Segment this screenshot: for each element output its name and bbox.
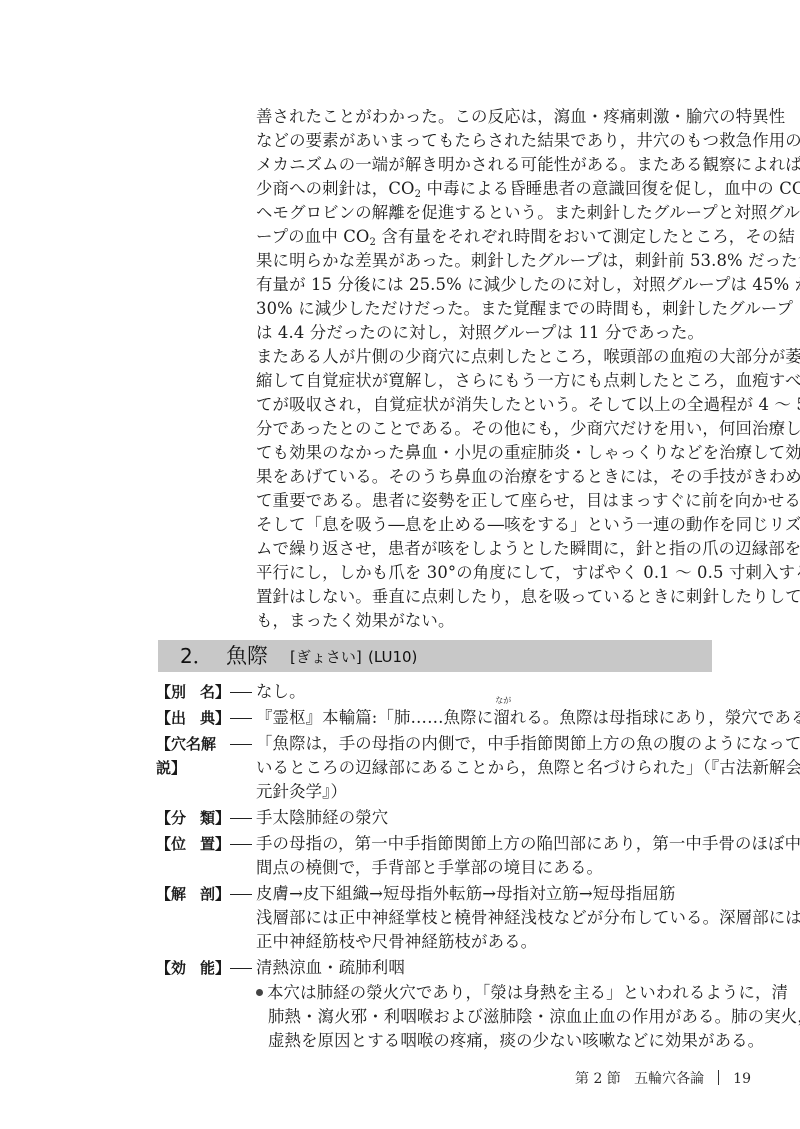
text-line: 30% に減少しただけだった。また覚醒までの時間も，刺針したグループ: [256, 297, 793, 321]
text-segment: 中毒による昏睡患者の意識回復を促し，血中の CO: [421, 179, 800, 198]
entry-text: 手の母指の，第一中手指節関節上方の陥凹部にあり，第一中手骨のほぼ中: [256, 832, 800, 856]
section-title: 魚際: [226, 640, 268, 672]
section-code: (LU10): [368, 641, 417, 673]
text-line: 果をあげている。そのうち鼻血の治療をするときには，その手技がきわめ: [256, 465, 800, 489]
text-line-co2: 少商への刺針は，CO2 中毒による昏睡患者の意識回復を促し，血中の CO2: [256, 177, 800, 201]
text-segment: 『霊枢』本輸篇:「肺……魚際に: [256, 708, 493, 727]
text-line: ムで繰り返させ，患者が咳をしようとした瞬間に，針と指の爪の辺縁部を: [256, 537, 800, 561]
text-line: またある人が片側の少商穴に点刺したところ，喉頭部の血疱の大部分が萎: [256, 345, 800, 369]
entry-text: 「魚際は，手の母指の内側で，中手指節関節上方の魚の腹のようになって: [256, 732, 800, 756]
text-line: 縮して自覚症状が寛解し，さらにもう一方にも点刺したところ，血疱すべ: [256, 369, 800, 393]
entry-label: 【解剖】: [156, 882, 230, 906]
text-segment: 含有量をそれぞれ時間をおいて測定したところ，その結: [376, 227, 795, 246]
entry-label: 【別名】: [156, 680, 230, 704]
entry-text: 手太陰肺経の滎穴: [256, 806, 388, 830]
text-line: などの要素があいまってもたらされた結果であり，井穴のもつ救急作用の: [256, 129, 800, 153]
page-number: 19: [733, 1071, 751, 1087]
footer-title: 五輪穴各論: [634, 1071, 704, 1087]
leader-dash: [230, 968, 252, 969]
bullet-text: 本穴は肺経の滎火穴であり，「滎は身熱を主る」といわれるように，清: [267, 983, 788, 1002]
entry-text: 間点の橈側で，手背部と手掌部の境目にある。: [256, 856, 603, 880]
text-line: 分であったとのことである。その他にも，少商穴だけを用い，何回治療し: [256, 417, 800, 441]
entry-label: 【出典】: [156, 706, 230, 730]
text-line: ヘモグロビンの解離を促進するという。また刺針したグループと対照グル: [256, 201, 800, 225]
entry-text: 皮膚→皮下組織→短母指外転筋→母指対立筋→短母指屈筋: [256, 882, 675, 906]
section-number: 2．: [180, 640, 213, 672]
leader-dash: [230, 692, 252, 693]
text-line: も，まったく効果がない。: [256, 609, 455, 633]
text-line: 果に明らかな差異があった。刺針したグループは，刺針前 53.8% だった含: [256, 249, 800, 273]
bullet-item: 本穴は肺経の滎火穴であり，「滎は身熱を主る」といわれるように，清: [256, 981, 788, 1005]
entry-text: 元針灸学』）: [256, 780, 347, 804]
text-line: 平行にし，しかも爪を 30°の角度にして，すばやく 0.1 ～ 0.5 寸刺入す…: [256, 561, 800, 585]
section-heading: 2． 魚際 [ぎょさい] (LU10): [158, 640, 712, 672]
leader-dash: [230, 818, 252, 819]
bullet-text-continued: 肺熱・瀉火邪・利咽喉および滋肺陰・涼血止血の作用がある。肺の実火，: [268, 1005, 800, 1029]
leader-dash: [230, 844, 252, 845]
footer-separator: [718, 1070, 719, 1085]
leader-dash: [230, 718, 252, 719]
text-line-co2: ープの血中 CO2 含有量をそれぞれ時間をおいて測定したところ，その結: [256, 225, 795, 249]
section-reading: [ぎょさい]: [290, 641, 362, 673]
ruby-annotated-char: なが溜: [493, 706, 510, 730]
entry-label: 【効能】: [156, 956, 230, 980]
text-segment: 少商への刺針は，CO: [256, 179, 415, 198]
text-line: は 4.4 分だったのに対し，対照グループは 11 分であった。: [256, 321, 704, 345]
text-line: ても効果のなかった鼻血・小児の重症肺炎・しゃっくりなどを治療して効: [256, 441, 800, 465]
entry-label: 【穴名解説】: [156, 732, 230, 780]
leader-dash: [230, 744, 252, 745]
entry-label: 【分類】: [156, 806, 230, 830]
text-line: て重要である。患者に姿勢を正して座らせ，目はまっすぐに前を向かせる。: [256, 489, 800, 513]
text-line: てが吸収され，自覚症状が消失したという。そして以上の全過程が 4 ～ 5: [256, 393, 800, 417]
text-line: 有量が 15 分後には 25.5% に減少したのに対し，対照グループは 45% …: [256, 273, 800, 297]
text-segment: ープの血中 CO: [256, 227, 370, 246]
entry-label: 【位置】: [156, 832, 230, 856]
page-footer: 第 2 節 五輪穴各論19: [575, 1068, 751, 1090]
entry-text: 『霊枢』本輸篇:「肺……魚際になが溜れる。魚際は母指球にあり，滎穴である」: [256, 706, 800, 730]
text-line: メカニズムの一端が解き明かされる可能性がある。またある観察によれば，: [256, 153, 800, 177]
leader-dash: [230, 894, 252, 895]
bullet-text-continued: 虚熱を原因とする咽喉の疼痛，痰の少ない咳嗽などに効果がある。: [268, 1029, 764, 1053]
footer-section: 第 2 節: [575, 1071, 621, 1087]
entry-text: 正中神経筋枝や尺骨神経筋枝がある。: [256, 930, 537, 954]
text-segment: れる。魚際は母指球にあり，滎穴である」: [510, 708, 800, 727]
entry-text: いるところの辺縁部にあることから，魚際と名づけられた」（『古法新解会: [256, 756, 800, 780]
text-line: そして「息を吸う―息を止める―咳をする」という一連の動作を同じリズ: [256, 513, 800, 537]
text-line: 置針はしない。垂直に点刺したり，息を吸っているときに刺針したりして: [256, 585, 800, 609]
ruby-base: 溜: [493, 708, 510, 727]
text-line: 善されたことがわかった。この反応は，瀉血・疼痛刺激・腧穴の特異性: [256, 105, 785, 129]
entry-text: 清熱涼血・疏肺利咽: [256, 956, 405, 980]
entry-text: 浅層部には正中神経掌枝と橈骨神経浅枝などが分布している。深層部には，: [256, 906, 800, 930]
ruby-reading: なが: [495, 697, 511, 705]
bullet-icon: [256, 989, 263, 996]
entry-text: なし。: [256, 680, 306, 704]
